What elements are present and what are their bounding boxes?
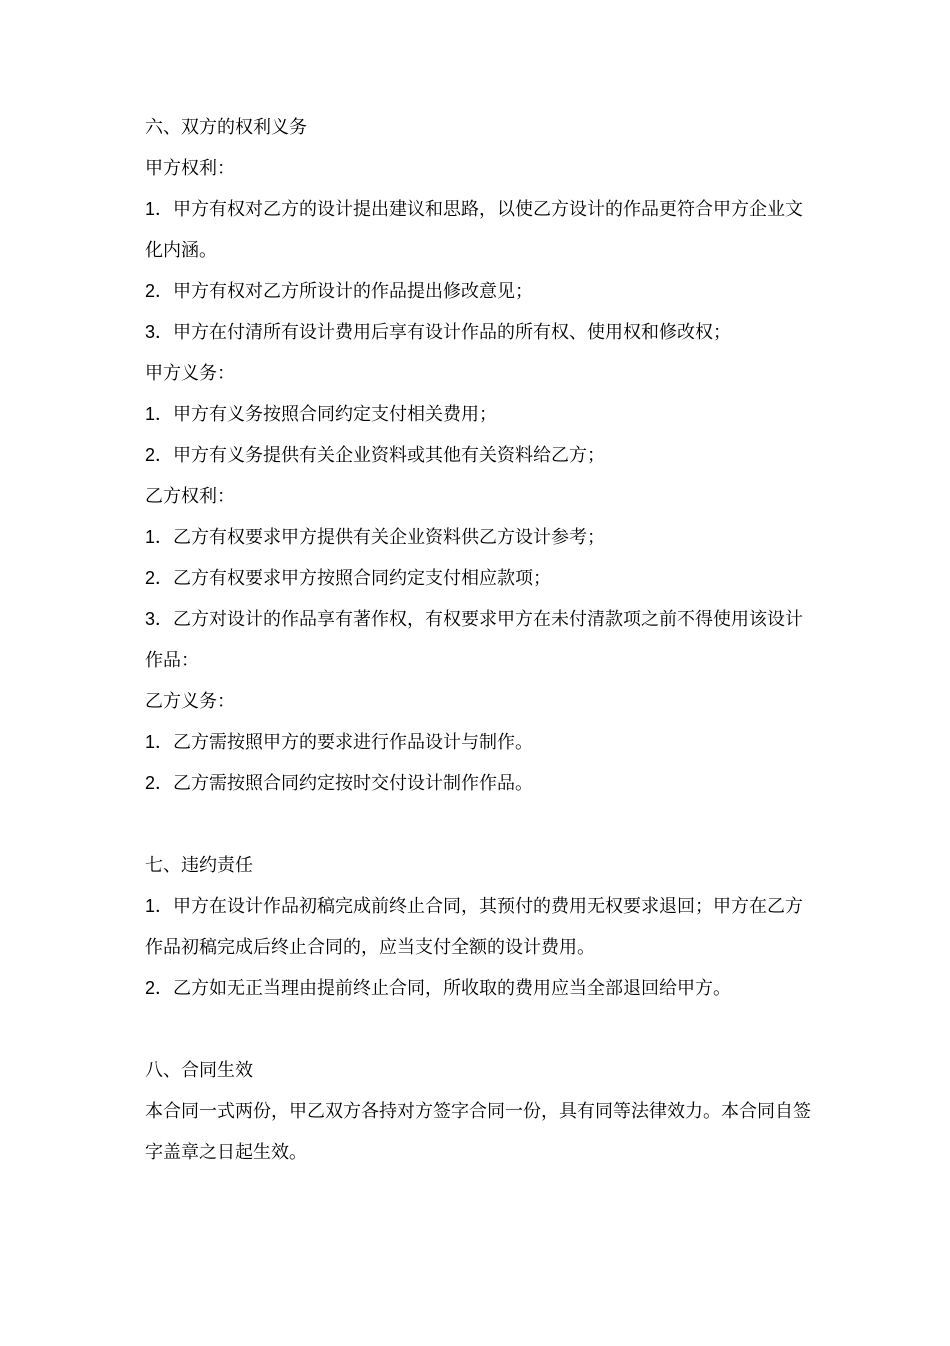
party-b-rights-item-1: 1．乙方有权要求甲方提供有关企业资料供乙方设计参考； [145,517,813,558]
section-contract-effectiveness: 八、合同生效 本合同一式两份，甲乙双方各持对方签字合同一份，具有同等法律效力。本… [145,1050,813,1173]
contract-effectiveness-paragraph: 本合同一式两份，甲乙双方各持对方签字合同一份，具有同等法律效力。本合同自签字盖章… [145,1091,813,1173]
party-a-obligations-label: 甲方义务： [145,353,813,394]
breach-liability-item-1: 1．甲方在设计作品初稿完成前终止合同，其预付的费用无权要求退回；甲方在乙方作品初… [145,886,813,968]
section-rights-and-obligations: 六、双方的权利义务 甲方权利： 1．甲方有权对乙方的设计提出建议和思路，以使乙方… [145,107,813,804]
party-b-obligations-item-2: 2．乙方需按照合同约定按时交付设计制作作品。 [145,763,813,804]
section-heading-contract-effectiveness: 八、合同生效 [145,1050,813,1091]
party-a-obligations-item-1: 1．甲方有义务按照合同约定支付相关费用； [145,394,813,435]
party-b-obligations-label: 乙方义务： [145,681,813,722]
contract-document-page: 六、双方的权利义务 甲方权利： 1．甲方有权对乙方的设计提出建议和思路，以使乙方… [0,0,950,1346]
party-a-rights-item-2: 2．甲方有权对乙方所设计的作品提出修改意见； [145,271,813,312]
section-heading-rights-and-obligations: 六、双方的权利义务 [145,107,813,148]
party-a-rights-item-1: 1．甲方有权对乙方的设计提出建议和思路，以使乙方设计的作品更符合甲方企业文化内涵… [145,189,813,271]
contract-body-text: 六、双方的权利义务 甲方权利： 1．甲方有权对乙方的设计提出建议和思路，以使乙方… [145,107,813,1173]
party-a-rights-label: 甲方权利： [145,148,813,189]
party-b-rights-item-3: 3．乙方对设计的作品享有著作权，有权要求甲方在未付清款项之前不得使用该设计作品： [145,599,813,681]
party-a-rights-item-3: 3．甲方在付清所有设计费用后享有设计作品的所有权、使用权和修改权； [145,312,813,353]
section-breach-liability: 七、违约责任 1．甲方在设计作品初稿完成前终止合同，其预付的费用无权要求退回；甲… [145,845,813,1009]
party-b-rights-item-2: 2．乙方有权要求甲方按照合同约定支付相应款项； [145,558,813,599]
section-heading-breach-liability: 七、违约责任 [145,845,813,886]
party-b-obligations-item-1: 1．乙方需按照甲方的要求进行作品设计与制作。 [145,722,813,763]
breach-liability-item-2: 2．乙方如无正当理由提前终止合同，所收取的费用应当全部退回给甲方。 [145,968,813,1009]
party-a-obligations-item-2: 2．甲方有义务提供有关企业资料或其他有关资料给乙方； [145,435,813,476]
party-b-rights-label: 乙方权利： [145,476,813,517]
